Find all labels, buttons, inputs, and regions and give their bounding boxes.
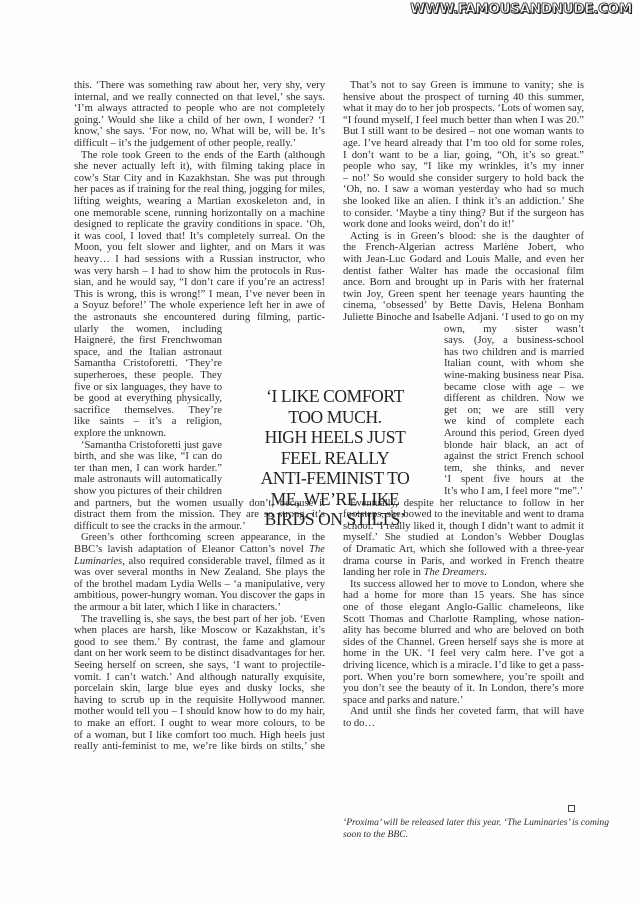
text-line: drama course in Paris, and worked in Fre… [343,556,584,568]
text-line: internal, and we really connected on tha… [74,92,325,104]
text-line: cow’s Star City and in Kazakhstan. She w… [74,173,325,185]
text-line: Italian count, with whom she runs a [444,358,584,370]
text-line: heavy… I had sessions with a Russian ins… [74,254,325,266]
text-line: home in the UK. ‘I feel very calm here. … [343,648,584,660]
text-line: has two children and is married to an [444,347,584,359]
pull-quote-line: HIGH HEELS JUST [250,427,420,448]
text-line: – no!’ So would she consider surgery to … [343,173,584,185]
text-line: ter than men, I can work harder.” The [74,463,222,475]
text-line: The travelling is, she says, the best pa… [81,614,325,626]
text-line: her paces as if training for the real th… [74,184,325,196]
text-line: became close with age – we were too [444,382,584,394]
text-line: designed to replicate the gravity condit… [74,219,325,231]
text-line: one memorable scene, running horizontall… [74,208,325,220]
text-line: The role took Green to the ends of the E… [81,150,325,162]
text-line: Its success allowed her to move to Londo… [350,579,584,591]
text-line: Seeing herself on screen, she says, ‘I w… [74,660,325,672]
text-line: she looked like an alien. I think it’s a… [343,196,584,208]
text-line: this. ‘There was something raw about her… [74,80,325,92]
text-line: dant on her work seem to be distinct dis… [74,648,325,660]
caption-line-2: soon to the BBC. [343,829,408,840]
text-line: Moon, you felt slower and lighter, and o… [74,242,325,254]
caption-line-1: ‘Proxima’ will be released later this ye… [343,817,609,828]
watermark: WWW.FAMOUSANDNUDE.COM [410,1,632,17]
text-line: what it may do to her job prospects. ‘Lo… [343,103,584,115]
text-line: hensive about the prospect of turning 40… [343,92,584,104]
text-line: you don’t see the beauty of it. In Londo… [343,683,584,695]
text-line: sides of the Channel. Green herself says… [343,637,584,649]
pull-quote: ‘I LIKE COMFORT TOO MUCH. HIGH HEELS JUS… [250,386,420,530]
pull-quote-line: ANTI-FEMINIST TO [250,468,420,489]
text-line: Green’s other forthcoming screen appeara… [81,532,325,544]
text-line: ‘I’m always attracted to people who are … [74,103,325,115]
text-line: the armour a bit later, which I like in … [74,602,325,614]
text-line: against the strict French school sys- [444,451,584,463]
text-line: dentist father Walter has made the occas… [343,266,584,278]
text-line: a Soyuz before!’ The whole experience le… [74,300,325,312]
text-line: Juliette Binoche and Isabelle Adjani. ‘I… [343,312,584,324]
text-line: myself.’ She studied at London’s Webber … [343,532,584,544]
text-line: know,’ she says. ‘For now, no. What will… [74,126,325,138]
text-line: Acting is in Green’s blood: she is the d… [350,231,584,243]
text-line: with Jean-Luc Godard and Louis Malle, an… [343,254,584,266]
text-line: Samantha Cristoforetti. ‘They’re like [74,358,222,370]
text-line: like saints – it’s a religion, wanting t… [74,416,222,428]
text-line: It’s who I am, I feel more “me”.’ [444,486,584,498]
text-line: space, and the Italian astronaut [74,347,222,359]
pull-quote-line: ‘I LIKE COMFORT [250,386,420,407]
text-line: ‘Samantha Cristoforetti just gave [81,440,222,452]
text-line: driving licence, which is a miracle. I’d… [343,660,584,672]
text-line: port. When you’re born somewhere, you’re… [343,672,584,684]
text-line: ‘I spent five hours at the hairdresser! [444,474,584,486]
text-line: the astronauts she encountered during fi… [74,312,325,324]
text-line: to consider. ‘Maybe a tiny thing? But if… [343,208,584,220]
pull-quote-line: BIRDS ON STILTS’ [250,509,420,530]
text-line: one of those elegant Anglo-Gallic chamel… [343,602,584,614]
text-line: when places are harsh, like Moscow or Ka… [74,625,325,637]
text-line: was over several months in New Zealand. … [74,567,325,579]
text-line: people who say, “I like my wrinkles, it’… [343,161,584,173]
text-line: work done and looks weird, don’t do it!’ [343,219,584,231]
text-line: male astronauts will automatically [74,474,222,486]
text-line: Luminaries, also required considerable t… [74,556,325,568]
text-line: was very harsh – I had to show him the p… [74,266,325,278]
text-line: space and parks and nature.’ [343,695,584,707]
text-line: be good at everything physically, they [74,393,222,405]
text-line: But I still want to be desired – not one… [343,126,584,138]
text-line: cinema, ‘obsessed’ by Bette Davis, Helen… [343,300,584,312]
text-line: ‘Oh, no. I saw a woman yesterday who had… [343,184,584,196]
text-line: twin Joy, Green spent her teenage years … [343,289,584,301]
text-line: I don’t want to be a liar, going, “Oh, i… [343,150,584,162]
end-mark-icon [568,805,575,812]
text-line: we kind of complete each other.’) [444,416,584,428]
text-line: says. (Joy, a business-school graduate, [444,335,584,347]
text-line: mother would tell you – I should know ho… [74,706,325,718]
text-line: wine-making business near Pisa. ‘We [444,370,584,382]
text-line: of the brothel madam Lydia Wells – ‘a ma… [74,579,325,591]
text-line: Around this period, Green dyed her [444,428,584,440]
text-line: of Dramatic Art, which she followed with… [343,544,584,556]
text-line: porcelain skin, large blue eyes and dusk… [74,683,325,695]
text-line: BBC’s lavish adaptation of Eleanor Catto… [74,544,325,556]
magazine-page: WWW.FAMOUSANDNUDE.COM this. ‘There was s… [0,0,640,905]
text-line: Haigneré, the first Frenchwoman in [74,335,222,347]
text-line: own, my sister wasn’t interested,’ she [444,324,584,336]
text-line: And until she finds her coveted farm, th… [350,706,584,718]
text-line: Scott Thomas and Charlotte Rampling, who… [343,614,584,626]
text-line: landing her role in The Dreamers. [343,567,584,579]
text-line: she never actually left it), with filmin… [74,161,325,173]
text-line: good to see them.’ By contrast, the fame… [74,637,325,649]
text-line: ance. Born and brought up in Paris with … [343,277,584,289]
text-line: “I found myself, I feel much better than… [343,115,584,127]
text-line: it was cool, I loved that! It’s complete… [74,231,325,243]
text-line: five or six languages, they have to [74,382,222,394]
text-line: That’s not to say Green is immune to van… [350,80,584,92]
text-line: different as children. Now we really [444,393,584,405]
text-line: really anti-feminist to me, we’re like b… [74,741,325,753]
text-line: difficult – it’s the judgement of other … [74,138,325,150]
text-line: superheroes, these people. They speak [74,370,222,382]
text-line: lifting weights, wearing a Martian exosk… [74,196,325,208]
text-line: going.’ Would she like a child of her ow… [74,115,325,127]
text-line: the French-Algerian actress Marlène Jobe… [343,242,584,254]
text-line: to do… [343,718,584,730]
text-line: age. I’ve heard already that I’m too old… [343,138,584,150]
text-line: This is wrong, this is wrong!” I mean, I… [74,289,325,301]
text-line: show you pictures of their children [74,486,222,498]
text-line: sacrifice themselves. They’re almost [74,405,222,417]
pull-quote-line: ME, WE’RE LIKE [250,489,420,510]
text-line: tem, she thinks, and never looked back. [444,463,584,475]
text-line: birth, and she was like, “I can do bet- [74,451,222,463]
text-line: explore the unknown. [74,428,222,440]
text-line: having to scrub up in the requisite Holl… [74,695,325,707]
text-line: vomit. I can’t watch.’ And although natu… [74,672,325,684]
text-line: had a home for more than 15 years. She h… [343,590,584,602]
text-line: blonde hair black, an act of rebellion [444,440,584,452]
text-line: ularly the women, including Claudie [74,324,222,336]
text-line: of a woman, but I like comfort too much.… [74,730,325,742]
text-line: ality has become blurred and who are bel… [343,625,584,637]
text-line: to make an effort. I ought to wear more … [74,718,325,730]
pull-quote-line: TOO MUCH. [250,407,420,428]
text-line: get on; we are still very different, but [444,405,584,417]
text-line: ambitious, power-hungry woman. You disco… [74,590,325,602]
text-line: sian, and he would say, “I don’t care if… [74,277,325,289]
pull-quote-line: FEEL REALLY [250,448,420,469]
